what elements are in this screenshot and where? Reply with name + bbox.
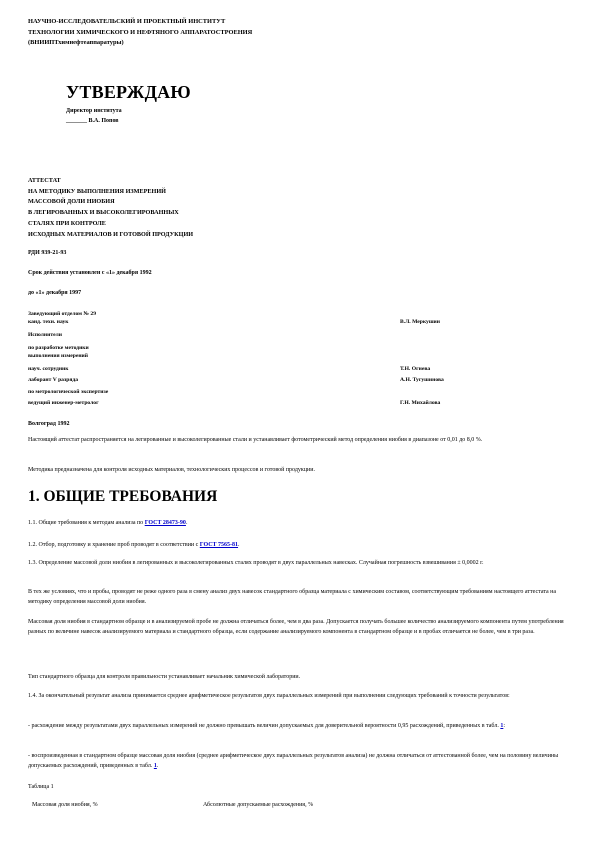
org-line: ТЕХНОЛОГИИ ХИМИЧЕСКОГО И НЕФТЯНОГО АППАР…	[28, 28, 252, 39]
table-header-mass-fraction: Массовая доля ниобия, %	[32, 802, 98, 808]
paragraph-end: .	[186, 520, 188, 526]
signatory-label: выполнения измерений	[28, 353, 88, 359]
section-title: 1. ОБЩИЕ ТРЕБОВАНИЯ	[28, 488, 217, 506]
paragraph-1-2: 1.2. Отбор, подготовку и хранение проб п…	[28, 541, 576, 551]
attestat-line: СТАЛЯХ ПРИ КОНТРОЛЕ	[28, 219, 193, 230]
city-year: Волгоград 1992	[28, 420, 576, 430]
signatory-name: Г.Н. Михайлова	[400, 400, 440, 406]
signatory-label: канд. техн. наук	[28, 319, 68, 325]
paragraph-text: 1.2. Отбор, подготовку и хранение проб п…	[28, 542, 200, 548]
paragraph-1-4: 1.4. За окончательный результат анализа …	[28, 692, 576, 702]
validity-to: до «1» декабря 1997	[28, 290, 81, 296]
document-code: РДИ 939-21-93	[28, 250, 66, 256]
bullet-text: - воспроизведенная в стандартном образце…	[28, 753, 558, 769]
gost-28473-link[interactable]: ГОСТ 28473-90	[145, 520, 186, 526]
bullet-1: - расхождение между результатами двух па…	[28, 722, 576, 732]
approval-block: Директор института _______ В.А. Попов	[66, 106, 122, 126]
bullet-end: .	[157, 763, 159, 769]
signatory-name: А.Н. Тугушинова	[400, 377, 444, 383]
attestat-line: НА МЕТОДИКУ ВЫПОЛНЕНИЯ ИЗМЕРЕНИЙ	[28, 187, 193, 198]
signatory-label: Исполнители	[28, 332, 62, 338]
signatory-name: В.Л. Меркушин	[400, 319, 440, 325]
paragraph-1-3: 1.3. Определение массовой доли ниобия в …	[28, 559, 576, 569]
signatory-label: науч. сотрудник	[28, 366, 69, 372]
signatory-label: по разработке методики	[28, 345, 89, 351]
org-line: (ВНИИПТхимнефтеаппаратуры)	[28, 38, 252, 49]
attestat-line: МАССОВОЙ ДОЛИ НИОБИЯ	[28, 197, 193, 208]
signatory-label: Заведующий отделом № 29	[28, 311, 96, 317]
approval-signature: _______ В.А. Попов	[66, 116, 122, 126]
table-header-deviation: Абсолютные допускаемые расхождения, %	[203, 802, 313, 808]
org-line: НАУЧНО-ИССЛЕДОВАТЕЛЬСКИЙ И ПРОЕКТНЫЙ ИНС…	[28, 17, 252, 28]
attestat-line: ИСХОДНЫХ МАТЕРИАЛОВ И ГОТОВОЙ ПРОДУКЦИИ	[28, 230, 193, 241]
signatory-label: ведущий инженер-метролог	[28, 400, 99, 406]
paragraph-mass-fraction: Массовая доля ниобия в стандартном образ…	[28, 618, 576, 637]
validity-from: Срок действия установлен с «1» декабря 1…	[28, 270, 152, 276]
paragraph-end: .	[238, 542, 240, 548]
paragraph-type: Тип стандартного образца для контроля пр…	[28, 673, 576, 683]
paragraph-text: 1.1. Общие требования к методам анализа …	[28, 520, 145, 526]
table-caption: Таблица 1	[28, 783, 576, 793]
attestat-line: АТТЕСТАТ	[28, 176, 193, 187]
purpose-paragraph: Методика предназначена для контроля исхо…	[28, 466, 576, 476]
paragraph-1-1: 1.1. Общие требования к методам анализа …	[28, 519, 576, 529]
bullet-2: - воспроизведенная в стандартном образце…	[28, 752, 576, 771]
intro-paragraph: Настоящий аттестат распространяется на л…	[28, 436, 576, 446]
attestat-line: В ЛЕГИРОВАННЫХ И ВЫСОКОЛЕГИРОВАННЫХ	[28, 208, 193, 219]
signatory-label: по метрологической экспертизе	[28, 389, 108, 395]
signatory-label: лаборант V разряда	[28, 377, 78, 383]
approval-position: Директор института	[66, 106, 122, 116]
approval-title: УТВЕРЖДАЮ	[66, 82, 191, 103]
organization-header: НАУЧНО-ИССЛЕДОВАТЕЛЬСКИЙ И ПРОЕКТНЫЙ ИНС…	[28, 17, 252, 49]
paragraph-same-conditions: В тех же условиях, что и пробы, проводят…	[28, 588, 576, 607]
bullet-text: - расхождение между результатами двух па…	[28, 723, 500, 729]
attestat-title: АТТЕСТАТ НА МЕТОДИКУ ВЫПОЛНЕНИЯ ИЗМЕРЕНИ…	[28, 176, 193, 240]
bullet-end: :	[503, 723, 505, 729]
signatory-name: Т.Н. Огнева	[400, 366, 430, 372]
gost-7565-link[interactable]: ГОСТ 7565-81	[200, 542, 238, 548]
